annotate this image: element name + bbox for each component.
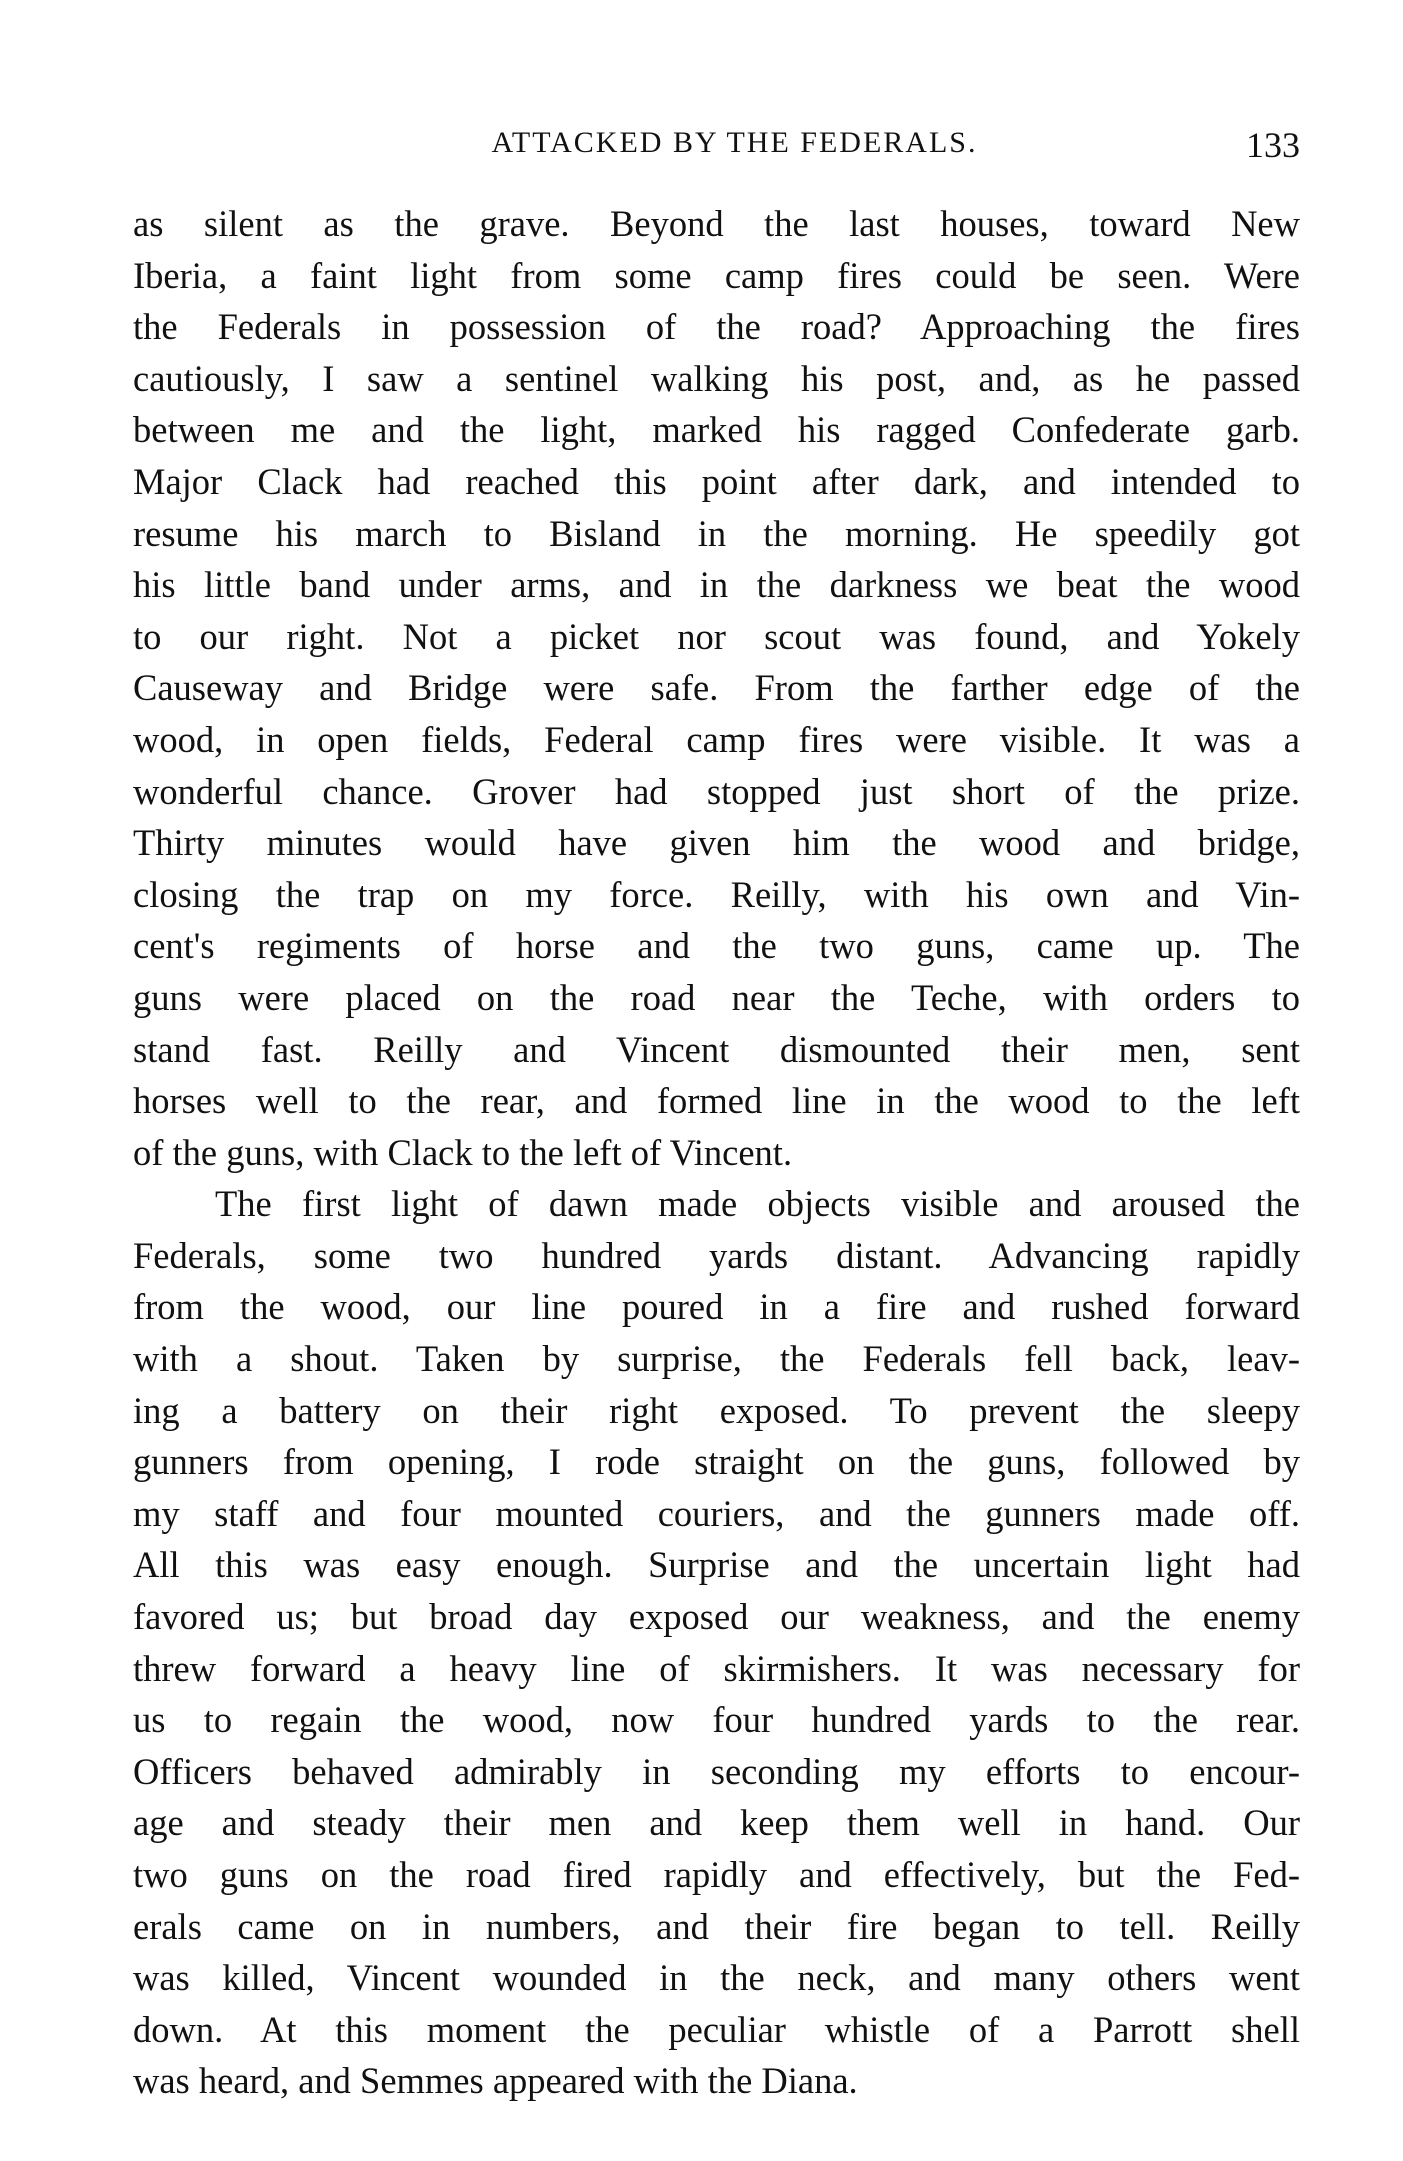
text-line: closing the trap on my force. Reilly, wi…: [133, 869, 1300, 921]
text-line: wood, in open fields, Federal camp fires…: [133, 714, 1300, 766]
text-line: erals came on in numbers, and their fire…: [133, 1901, 1300, 1953]
text-line: Officers behaved admirably in seconding …: [133, 1746, 1300, 1798]
text-line: was heard, and Semmes appeared with the …: [133, 2055, 1300, 2107]
text-line: ing a battery on their right exposed. To…: [133, 1385, 1300, 1437]
text-line: between me and the light, marked his rag…: [133, 404, 1300, 456]
paragraph: The first light of dawn made objects vis…: [133, 1178, 1300, 2107]
text-line: with a shout. Taken by surprise, the Fed…: [133, 1333, 1300, 1385]
paragraph: as silent as the grave. Beyond the last …: [133, 198, 1300, 1178]
text-line: to our right. Not a picket nor scout was…: [133, 611, 1300, 663]
text-line: favored us; but broad day exposed our we…: [133, 1591, 1300, 1643]
text-line: The first light of dawn made objects vis…: [133, 1178, 1300, 1230]
text-line: guns were placed on the road near the Te…: [133, 972, 1300, 1024]
text-line: cautiously, I saw a sentinel walking his…: [133, 353, 1300, 405]
text-line: Thirty minutes would have given him the …: [133, 817, 1300, 869]
text-line: was killed, Vincent wounded in the neck,…: [133, 1952, 1300, 2004]
text-line: stand fast. Reilly and Vincent dismounte…: [133, 1024, 1300, 1076]
text-line: us to regain the wood, now four hundred …: [133, 1694, 1300, 1746]
text-line: down. At this moment the peculiar whistl…: [133, 2004, 1300, 2056]
text-line: horses well to the rear, and formed line…: [133, 1075, 1300, 1127]
text-line: the Federals in possession of the road? …: [133, 301, 1300, 353]
running-title: ATTACKED BY THE FEDERALS.: [133, 118, 1300, 168]
text-line: my staff and four mounted couriers, and …: [133, 1488, 1300, 1540]
text-line: resume his march to Bisland in the morni…: [133, 508, 1300, 560]
text-line: Causeway and Bridge were safe. From the …: [133, 662, 1300, 714]
book-page: ATTACKED BY THE FEDERALS. 133 as silent …: [0, 0, 1403, 2161]
text-line: from the wood, our line poured in a fire…: [133, 1281, 1300, 1333]
text-line: cent's regiments of horse and the two gu…: [133, 920, 1300, 972]
text-line: of the guns, with Clack to the left of V…: [133, 1127, 1300, 1179]
text-line: Iberia, a faint light from some camp fir…: [133, 250, 1300, 302]
text-line: Federals, some two hundred yards distant…: [133, 1230, 1300, 1282]
running-head: ATTACKED BY THE FEDERALS. 133: [133, 118, 1300, 168]
text-line: wonderful chance. Grover had stopped jus…: [133, 766, 1300, 818]
page-number: 133: [1246, 120, 1300, 170]
text-line: two guns on the road fired rapidly and e…: [133, 1849, 1300, 1901]
text-line: his little band under arms, and in the d…: [133, 559, 1300, 611]
text-line: gunners from opening, I rode straight on…: [133, 1436, 1300, 1488]
text-line: threw forward a heavy line of skirmisher…: [133, 1643, 1300, 1695]
text-line: age and steady their men and keep them w…: [133, 1797, 1300, 1849]
body-text: as silent as the grave. Beyond the last …: [133, 198, 1300, 2107]
text-line: Major Clack had reached this point after…: [133, 456, 1300, 508]
text-line: as silent as the grave. Beyond the last …: [133, 198, 1300, 250]
text-line: All this was easy enough. Surprise and t…: [133, 1539, 1300, 1591]
